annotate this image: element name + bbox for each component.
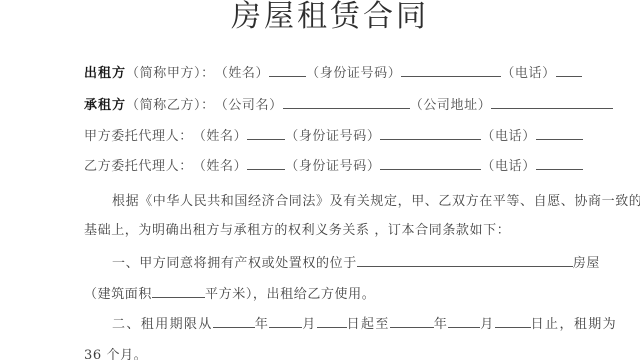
lessor-id-blank (401, 75, 501, 77)
agent-a-id-blank (380, 138, 481, 140)
building-area-suffix: 平方米），出租给乙方使用。 (205, 287, 375, 303)
clause-two-line-2: 36 个月。 (84, 348, 618, 360)
agent-b-name-blank (247, 168, 285, 170)
preamble-line-2: 基础上，为明确出租方与承租方的权利义务关系 ，订本合同条款如下： (84, 223, 618, 239)
agent-a-label: 甲方委托代理人： (84, 129, 193, 145)
end-day-blank (495, 326, 531, 328)
end-month-label: 月 (480, 317, 494, 333)
party-a-agent-line: 甲方委托代理人： （姓名） （身份证号码） （电话） (84, 129, 618, 145)
agent-b-label: 乙方委托代理人： (84, 159, 193, 175)
preamble-line-1: 根据《中华人民共和国经济合同法》及有关规定，甲、乙双方在平等、自愿、协商一致的 (84, 194, 618, 210)
lessor-name-label: （姓名） (215, 66, 269, 82)
start-month-blank (269, 326, 302, 328)
contract-document-page: 房屋租赁合同 出租方 （简称甲方）： （姓名） （身份证号码） （电话） 承租方… (0, 0, 640, 360)
lessee-address-label: （公司地址） (410, 98, 492, 114)
clause-one-line-2: （建筑面积 平方米），出租给乙方使用。 (84, 287, 618, 303)
agent-b-phone-blank (536, 168, 583, 170)
preamble-text-2: 基础上，为明确出租方与承租方的权利义务关系 ，订本合同条款如下： (84, 223, 510, 239)
agent-b-id-blank (380, 168, 481, 170)
start-year-blank (213, 326, 255, 328)
lessee-alias-label: （简称乙方）： (126, 98, 215, 114)
lessee-company-label: （公司名） (215, 98, 283, 114)
agent-a-phone-label: （电话） (481, 129, 535, 145)
start-day-blank (317, 326, 347, 328)
property-location-blank (357, 265, 573, 267)
agent-b-id-label: （身份证号码） (285, 159, 380, 175)
from-day-label: 日起至 (347, 317, 390, 333)
agent-a-id-label: （身份证号码） (285, 129, 380, 145)
start-year-label: 年 (255, 317, 269, 333)
clause-one-line-1: 一、甲方同意将拥有产权或处置权的位于 房屋 (84, 256, 600, 272)
lessor-alias-label: （简称甲方）： (126, 66, 215, 82)
lessor-phone-blank (556, 75, 582, 77)
agent-a-name-blank (247, 138, 285, 140)
clause-two-prefix: 二、租用期限从 (112, 317, 213, 333)
document-title: 房屋租赁合同 (20, 0, 640, 35)
building-area-label: （建筑面积 (84, 287, 152, 303)
agent-a-phone-blank (536, 138, 583, 140)
agent-a-name-label: （姓名） (193, 129, 247, 145)
end-month-blank (448, 326, 480, 328)
party-b-agent-line: 乙方委托代理人： （姓名） （身份证号码） （电话） (84, 159, 618, 175)
preamble-text-1: 根据《中华人民共和国经济合同法》及有关规定，甲、乙双方在平等、自愿、协商一致的 (112, 194, 640, 210)
lessee-line: 承租方 （简称乙方）： （公司名） （公司地址） (84, 98, 618, 114)
end-year-blank (390, 326, 434, 328)
clause-two-line-1: 二、租用期限从 年 月 日起至 年 月 日止，租期为 (84, 317, 618, 333)
lessor-phone-label: （电话） (501, 66, 555, 82)
lessor-label: 出租方 (84, 66, 126, 82)
agent-b-phone-label: （电话） (481, 159, 535, 175)
clause-one-house-label: 房屋 (573, 256, 600, 272)
to-day-label: 日止，租期为 (531, 317, 617, 333)
start-month-label: 月 (302, 317, 316, 333)
building-area-blank (152, 296, 205, 298)
lessor-id-label: （身份证号码） (306, 66, 401, 82)
lessee-address-blank (491, 107, 613, 109)
lessor-line: 出租方 （简称甲方）： （姓名） （身份证号码） （电话） (84, 66, 618, 82)
end-year-label: 年 (434, 317, 448, 333)
agent-b-name-label: （姓名） (193, 159, 247, 175)
clause-one-text: 一、甲方同意将拥有产权或处置权的位于 (112, 256, 357, 272)
lease-duration-text: 36 个月。 (84, 348, 147, 360)
lessor-name-blank (269, 75, 306, 77)
lessee-company-blank (283, 107, 410, 109)
lessee-label: 承租方 (84, 98, 126, 114)
